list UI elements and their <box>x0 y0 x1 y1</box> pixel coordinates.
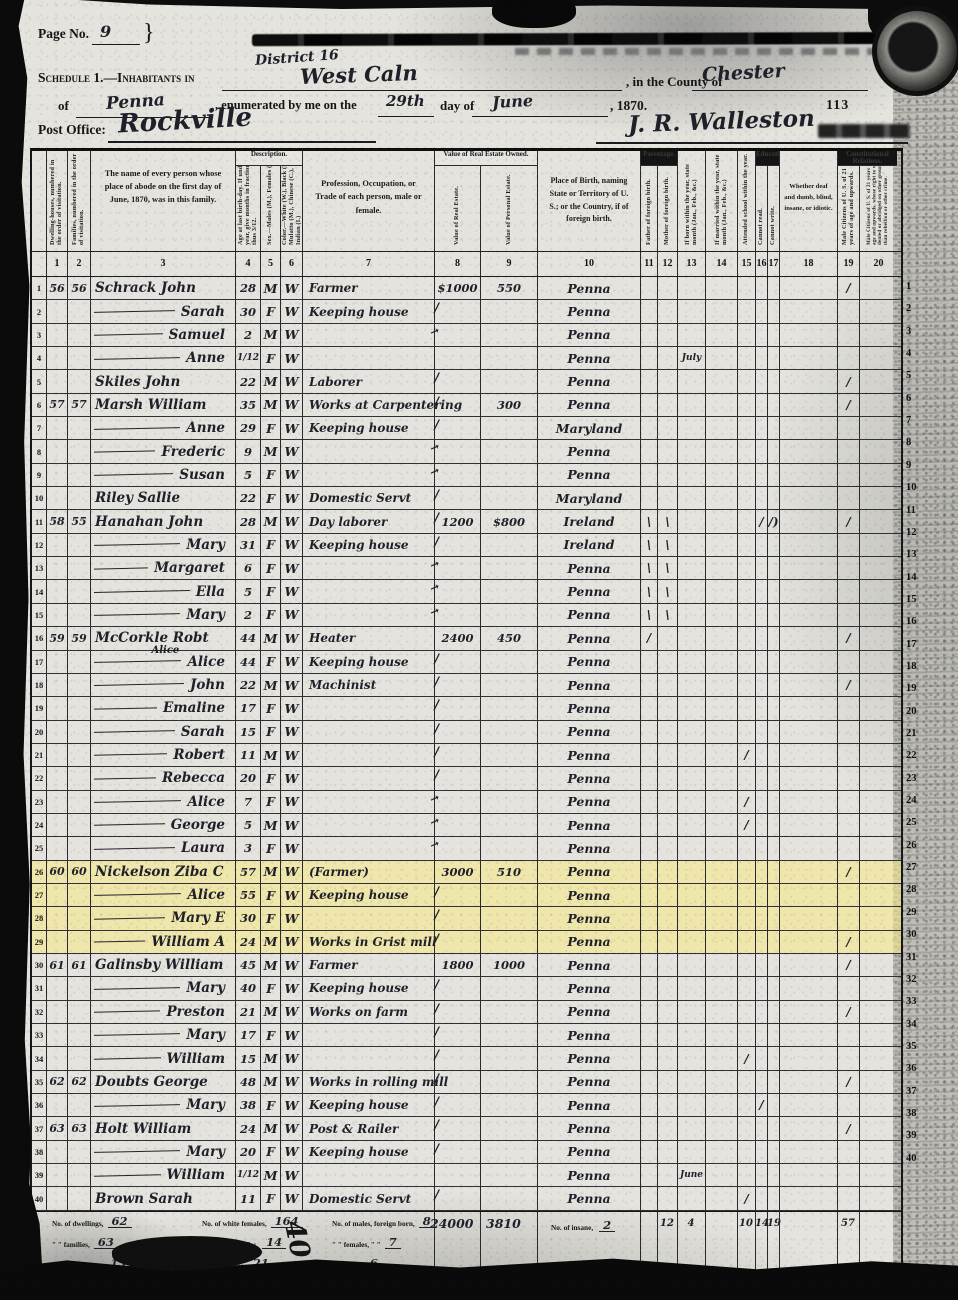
cell-name: William <box>90 1164 235 1186</box>
ditto-dash-line <box>94 941 145 943</box>
cell-col-15 <box>737 277 755 299</box>
cell-sex: F <box>260 300 280 322</box>
cell-family-no <box>67 1001 90 1023</box>
cell-col-12 <box>657 977 677 999</box>
cell-col-15 <box>737 907 755 929</box>
tick-mark: / <box>434 745 439 760</box>
cell-birthplace: Penna <box>537 837 640 859</box>
cell-col-19 <box>837 300 859 322</box>
cell-col-14 <box>705 931 737 953</box>
cell-col-19 <box>837 1047 859 1069</box>
cell-age: 29 <box>235 417 260 439</box>
tick-mark: / <box>434 1188 439 1203</box>
cell-col-19: / <box>837 277 859 299</box>
cell-occupation: Laborer/ <box>302 370 434 392</box>
cell-age: 1/12 <box>235 347 260 369</box>
cell-col-14 <box>705 884 737 906</box>
cell-dwelling-no <box>46 370 67 392</box>
cell-age: 28 <box>235 510 260 532</box>
cell-col-11 <box>640 791 657 813</box>
cell-age: 44 <box>235 651 260 673</box>
ditto-dash-line <box>94 707 157 710</box>
row-number-left: 39 <box>32 1164 46 1186</box>
cell-occupation: → <box>302 837 434 859</box>
cell-name: Mary <box>90 1141 235 1163</box>
cell-col-18 <box>779 1164 837 1186</box>
cell-occupation: → <box>302 814 434 836</box>
tick-mark: / <box>434 371 439 386</box>
cell-color: W <box>280 837 302 859</box>
cell-name: Mary E <box>90 907 235 929</box>
cell-real-estate-value: 2400 <box>434 627 480 649</box>
col-header-19: Male Citizens of U. S. of 21 years of ag… <box>837 151 859 251</box>
cell-col-14 <box>705 791 737 813</box>
census-row: 33Mary17FW/Penna <box>32 1024 901 1047</box>
cell-col-15 <box>737 440 755 462</box>
cell-age: 5 <box>235 580 260 602</box>
cell-col-16 <box>755 954 767 976</box>
col-number-14: 14 <box>705 252 737 276</box>
cell-age: 15 <box>235 1047 260 1069</box>
cell-dwelling-no <box>46 324 67 346</box>
cell-family-no: 63 <box>67 1117 90 1139</box>
cell-col-11 <box>640 931 657 953</box>
cell-real-estate-value <box>434 1047 480 1069</box>
cell-col-13 <box>677 1141 705 1163</box>
cell-col-13 <box>677 744 705 766</box>
cell-dwelling-no <box>46 931 67 953</box>
day-script: 29th <box>386 92 425 110</box>
cell-real-estate-value <box>434 721 480 743</box>
col-header-14: If married within the year, state month … <box>705 151 737 251</box>
cell-col-13 <box>677 791 705 813</box>
cell-col-17 <box>767 861 779 883</box>
name-text: Alice <box>187 887 235 903</box>
col-header-10: Place of Birth, naming State or Territor… <box>537 151 640 251</box>
cell-col-18 <box>779 767 837 789</box>
cell-col-14 <box>705 464 737 486</box>
cell-col-18 <box>779 580 837 602</box>
cell-real-estate-value <box>434 1187 480 1209</box>
cell-col-13 <box>677 931 705 953</box>
cell-sex: M <box>260 1047 280 1069</box>
cell-real-estate-value <box>434 1164 480 1186</box>
cell-col-13 <box>677 464 705 486</box>
cell-color: W <box>280 1117 302 1139</box>
cell-col-19: / <box>837 510 859 532</box>
cell-col-14 <box>705 1164 737 1186</box>
cell-dwelling-no: 63 <box>46 1117 67 1139</box>
cell-family-no <box>67 884 90 906</box>
cell-personal-estate-value <box>480 837 537 859</box>
name-text: Hanahan John <box>91 514 203 530</box>
cell-col-15 <box>737 417 755 439</box>
cell-personal-estate-value: 450 <box>480 627 537 649</box>
cell-dwelling-no <box>46 1047 67 1069</box>
page-no-underline <box>92 44 140 45</box>
cell-col-18 <box>779 440 837 462</box>
cell-name: Mary <box>90 604 235 626</box>
cell-col-19: / <box>837 1071 859 1093</box>
tick-mark: / <box>434 908 439 923</box>
row-number-right: 38 <box>906 1108 930 1119</box>
cell-col-17 <box>767 1071 779 1093</box>
sheet-number: 113 <box>826 98 849 114</box>
cell-col-11 <box>640 1071 657 1093</box>
cell-name: Sarah <box>90 300 235 322</box>
cell-real-estate-value <box>434 1141 480 1163</box>
cell-dwelling-no <box>46 580 67 602</box>
cell-col-14 <box>705 861 737 883</box>
cell-col-14 <box>705 977 737 999</box>
cell-col-15 <box>737 1164 755 1186</box>
cell-col-16 <box>755 464 767 486</box>
col-header-6: Color.—White (W.), Black (B.), Mulatto (… <box>280 151 302 251</box>
cell-real-estate-value <box>434 674 480 696</box>
cell-col-19 <box>837 417 859 439</box>
cell-age: 20 <box>235 767 260 789</box>
page-no-value: 9 <box>100 22 111 41</box>
cell-col-14 <box>705 907 737 929</box>
cell-col-11 <box>640 674 657 696</box>
cell-age: 24 <box>235 931 260 953</box>
row-number-right: 34 <box>906 1019 930 1030</box>
cell-col-18 <box>779 1094 837 1116</box>
cell-family-no <box>67 1047 90 1069</box>
cell-real-estate-value <box>434 1094 480 1116</box>
cell-personal-estate-value <box>480 907 537 929</box>
cell-col-18 <box>779 884 837 906</box>
cell-birthplace: Penna <box>537 977 640 999</box>
tick-mark: / <box>434 535 439 550</box>
cell-color: W <box>280 627 302 649</box>
cell-color: W <box>280 347 302 369</box>
cell-col-18 <box>779 814 837 836</box>
cell-personal-estate-value <box>480 674 537 696</box>
cell-sex: M <box>260 954 280 976</box>
cell-occupation: → <box>302 580 434 602</box>
cell-col-20 <box>859 1164 897 1186</box>
cell-col-11 <box>640 977 657 999</box>
cell-col-11 <box>640 1187 657 1209</box>
cell-age: 2 <box>235 604 260 626</box>
cell-age: 20 <box>235 1141 260 1163</box>
name-text: Mary <box>186 1097 235 1113</box>
cell-col-17 <box>767 627 779 649</box>
census-row: 376363Holt William24MWPost & Railer/Penn… <box>32 1117 901 1140</box>
group-header-bar: Education. <box>755 151 779 166</box>
cell-col-14 <box>705 1117 737 1139</box>
cell-col-13 <box>677 651 705 673</box>
cell-family-no <box>67 370 90 392</box>
cell-sex: M <box>260 674 280 696</box>
cell-name: Alice <box>90 791 235 813</box>
cell-col-18 <box>779 1141 837 1163</box>
cell-col-15 <box>737 464 755 486</box>
census-row: 23Alice7FW→Penna/ <box>32 791 901 814</box>
name-text: Susan <box>179 467 235 483</box>
col-number-18: 18 <box>779 252 837 276</box>
cell-col-14 <box>705 697 737 719</box>
cell-occupation: Domestic Servt/ <box>302 487 434 509</box>
cell-age: 2 <box>235 324 260 346</box>
cell-col-19 <box>837 324 859 346</box>
group-header-label: Description. <box>235 151 302 166</box>
cell-sex: F <box>260 1024 280 1046</box>
cell-personal-estate-value <box>480 931 537 953</box>
cell-col-19: / <box>837 394 859 416</box>
cell-personal-estate-value <box>480 487 537 509</box>
cell-col-13 <box>677 674 705 696</box>
cell-col-15 <box>737 1001 755 1023</box>
cell-sex: M <box>260 277 280 299</box>
cell-col-15 <box>737 580 755 602</box>
cell-age: 22 <box>235 370 260 392</box>
cell-birthplace: Penna <box>537 1164 640 1186</box>
cell-col-18 <box>779 837 837 859</box>
row-number-left: 17 <box>32 651 46 673</box>
tick-mark: / <box>434 1095 439 1110</box>
cell-occupation: → <box>302 324 434 346</box>
tick-mark: / <box>434 511 439 526</box>
cell-col-19 <box>837 1024 859 1046</box>
cell-col-11 <box>640 1094 657 1116</box>
cell-occupation: Works at Carpentering/ <box>302 394 434 416</box>
footer-stat-label: No. of males, foreign born, <box>332 1219 415 1228</box>
cell-real-estate-value: 3000 <box>434 861 480 883</box>
cell-col-15 <box>737 557 755 579</box>
cell-col-18 <box>779 277 837 299</box>
tick-mark: / <box>434 885 439 900</box>
cell-col-11 <box>640 300 657 322</box>
cell-age: 9 <box>235 440 260 462</box>
cell-col-18 <box>779 627 837 649</box>
col-header-16: Cannot read. <box>755 151 767 251</box>
cell-color: W <box>280 884 302 906</box>
cell-personal-estate-value <box>480 604 537 626</box>
cell-personal-estate-value <box>480 884 537 906</box>
row-number-right: 25 <box>906 817 930 828</box>
cell-sex: M <box>260 510 280 532</box>
cell-occupation: (Farmer) <box>302 861 434 883</box>
cell-col-17 <box>767 977 779 999</box>
cell-birthplace: Penna <box>537 1071 640 1093</box>
cell-color: W <box>280 767 302 789</box>
cell-dwelling-no <box>46 604 67 626</box>
col-header-18: Whether deaf and dumb, blind, insane, or… <box>779 151 837 251</box>
census-row: 15656Schrack John28MWFarmer$1000550Penna… <box>32 277 901 300</box>
cell-col-18 <box>779 370 837 392</box>
cell-family-no <box>67 1164 90 1186</box>
cell-col-11 <box>640 954 657 976</box>
cell-birthplace: Penna <box>537 324 640 346</box>
cell-dwelling-no <box>46 977 67 999</box>
name-text: Sarah <box>181 724 235 740</box>
census-row: 9Susan5FW→Penna <box>32 464 901 487</box>
col-header-12: Mother of foreign birth. <box>657 151 677 251</box>
row-number-left: 11 <box>32 510 46 532</box>
cell-personal-estate-value: 510 <box>480 861 537 883</box>
cell-family-no <box>67 464 90 486</box>
cell-color: W <box>280 674 302 696</box>
cell-color: W <box>280 651 302 673</box>
cell-col-12 <box>657 767 677 789</box>
cell-age: 21 <box>235 1001 260 1023</box>
schedule-title: Schedule 1.—Inhabitants in <box>38 70 195 86</box>
cell-col-15 <box>737 977 755 999</box>
cell-name: Anne <box>90 417 235 439</box>
census-row: 7Anne29FWKeeping house/Maryland <box>32 417 901 440</box>
cell-col-18 <box>779 347 837 369</box>
cell-occupation: → <box>302 604 434 626</box>
cell-col-15 <box>737 931 755 953</box>
cell-col-15 <box>737 721 755 743</box>
cell-occupation: Keeping house/ <box>302 977 434 999</box>
cell-col-15 <box>737 324 755 346</box>
cell-dwelling-no <box>46 1141 67 1163</box>
census-row: 356262Doubts George48MWWorks in rolling … <box>32 1071 901 1094</box>
cell-col-17 <box>767 907 779 929</box>
cell-occupation: Keeping house/ <box>302 417 434 439</box>
col-header-8: Value of Real Estate. <box>434 151 480 251</box>
col-number-17: 17 <box>767 252 779 276</box>
cell-name: Galinsby William <box>90 954 235 976</box>
cell-dwelling-no <box>46 721 67 743</box>
cell-col-16: / <box>755 510 767 532</box>
cell-sex: F <box>260 907 280 929</box>
cell-col-15: / <box>737 814 755 836</box>
cell-name: Emaline <box>90 697 235 719</box>
cell-col-20 <box>859 417 897 439</box>
cell-col-17 <box>767 394 779 416</box>
row-number-right: 10 <box>906 482 930 493</box>
census-row: 39William1/12MWPennaJune <box>32 1164 901 1187</box>
cell-col-15: / <box>737 1047 755 1069</box>
cell-col-16 <box>755 1117 767 1139</box>
name-text: Mary <box>186 980 235 996</box>
census-row: 65757Marsh William35MWWorks at Carpenter… <box>32 394 901 417</box>
cell-col-12 <box>657 370 677 392</box>
cell-col-20 <box>859 1024 897 1046</box>
census-row: 14Ella5FW→Penna\\ <box>32 580 901 603</box>
cell-col-18 <box>779 324 837 346</box>
cell-col-17 <box>767 300 779 322</box>
tick-mark: / <box>434 395 439 410</box>
cell-col-19 <box>837 604 859 626</box>
cell-real-estate-value <box>434 417 480 439</box>
cell-personal-estate-value <box>480 534 537 556</box>
cell-age: 57 <box>235 861 260 883</box>
cell-col-11 <box>640 651 657 673</box>
col-header-text: Father of foreign birth. <box>645 151 654 251</box>
cell-col-18 <box>779 791 837 813</box>
cell-col-20 <box>859 1141 897 1163</box>
cell-col-20 <box>859 277 897 299</box>
cell-name: Rebecca <box>90 767 235 789</box>
cell-col-16 <box>755 674 767 696</box>
cell-age: 11 <box>235 744 260 766</box>
cell-col-20 <box>859 1187 897 1209</box>
cell-col-13 <box>677 440 705 462</box>
cell-col-17 <box>767 791 779 813</box>
cell-col-19: / <box>837 861 859 883</box>
cell-col-19 <box>837 651 859 673</box>
cell-col-19 <box>837 791 859 813</box>
cell-col-16 <box>755 767 767 789</box>
tick-mark: / <box>434 675 439 690</box>
cell-col-17 <box>767 604 779 626</box>
col-header-9: Value of Personal Estate. <box>480 151 537 251</box>
col-header-text: Age at last birth-day. If under 1 year, … <box>237 151 260 251</box>
cell-col-14 <box>705 347 737 369</box>
cell-age: 30 <box>235 300 260 322</box>
cell-occupation: Machinist/ <box>302 674 434 696</box>
census-row: 25Laura3FW→Penna <box>32 837 901 860</box>
cell-family-no <box>67 721 90 743</box>
cell-name: Doubts George <box>90 1071 235 1093</box>
cell-col-12: \ <box>657 557 677 579</box>
col-number-20: 20 <box>859 252 897 276</box>
struck-name: Alice <box>151 645 179 656</box>
cell-age: 1/12 <box>235 1164 260 1186</box>
cell-dwelling-no <box>46 1094 67 1116</box>
cell-birthplace: Penna <box>537 394 640 416</box>
cell-personal-estate-value <box>480 651 537 673</box>
cell-col-20 <box>859 464 897 486</box>
cell-sex: F <box>260 604 280 626</box>
cell-birthplace: Penna <box>537 954 640 976</box>
cell-occupation: Keeping house/ <box>302 884 434 906</box>
cell-family-no <box>67 744 90 766</box>
cell-col-12 <box>657 1164 677 1186</box>
row-number-right: 15 <box>906 594 930 605</box>
cell-col-17 <box>767 347 779 369</box>
cell-col-17 <box>767 440 779 462</box>
cell-family-no <box>67 580 90 602</box>
cell-family-no <box>67 487 90 509</box>
row-number-left: 10 <box>32 487 46 509</box>
cell-col-15 <box>737 884 755 906</box>
signature-underline <box>596 142 908 144</box>
cell-col-14 <box>705 1001 737 1023</box>
cell-col-16 <box>755 1141 767 1163</box>
tick-mark: / <box>434 488 439 503</box>
col-number-gutter <box>32 252 46 276</box>
name-text: McCorkle Robt <box>91 630 209 646</box>
cell-col-16 <box>755 557 767 579</box>
group-header-label: Value of Real Estate Owned. <box>434 151 537 166</box>
census-row: 36Mary38FWKeeping house/Penna/ <box>32 1094 901 1117</box>
insane-label: No. of insane, <box>551 1223 593 1232</box>
tick-mark: / <box>434 932 439 947</box>
name-text: Mary <box>186 537 235 553</box>
cell-sex: M <box>260 1164 280 1186</box>
row-number-right: 16 <box>906 616 930 627</box>
cell-col-20 <box>859 744 897 766</box>
cell-birthplace: Penna <box>537 1117 640 1139</box>
cell-col-11 <box>640 464 657 486</box>
col-number-1: 1 <box>46 252 67 276</box>
cell-col-12 <box>657 907 677 929</box>
cell-color: W <box>280 370 302 392</box>
cell-dwelling-no <box>46 814 67 836</box>
cell-col-14 <box>705 1071 737 1093</box>
cell-age: 44 <box>235 627 260 649</box>
row-number-right: 9 <box>906 460 930 471</box>
cell-col-11 <box>640 1047 657 1069</box>
cell-family-no <box>67 907 90 929</box>
cell-col-11 <box>640 861 657 883</box>
